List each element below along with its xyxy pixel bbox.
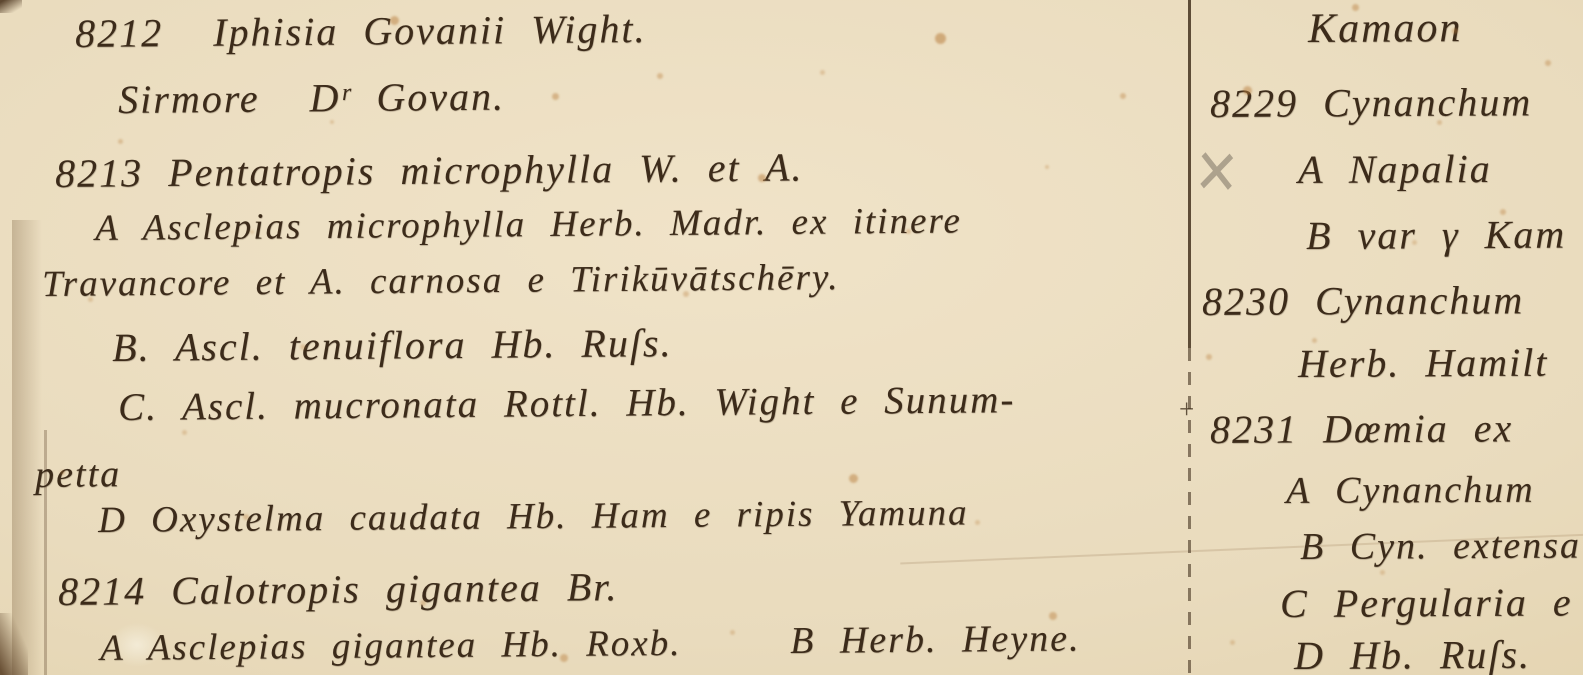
foxing-spot bbox=[1500, 209, 1506, 215]
foxing-spot bbox=[1545, 60, 1551, 66]
manuscript-page: ✕ + 8212 Iphisia Govanii Wight.Sirmore D… bbox=[0, 0, 1583, 675]
foxing-spot bbox=[657, 73, 663, 79]
foxing-spot bbox=[730, 630, 735, 635]
handwritten-line: Kamaon bbox=[1308, 7, 1463, 50]
handwritten-line: Travancore et A. carnosa e Tirikūvātschē… bbox=[42, 259, 840, 303]
foxing-spot bbox=[1120, 93, 1126, 99]
foxing-spot bbox=[420, 600, 426, 606]
foxing-spot bbox=[1206, 354, 1212, 360]
foxing-spot bbox=[60, 470, 65, 475]
handwritten-line: 8230 Cynanchum bbox=[1202, 280, 1524, 322]
foxing-spot bbox=[330, 120, 334, 124]
foxing-spot bbox=[1437, 120, 1442, 125]
foxing-spot bbox=[1380, 570, 1385, 575]
handwritten-line: B Cyn. extensa bbox=[1300, 527, 1581, 566]
foxing-spot bbox=[820, 70, 825, 75]
foxing-spot bbox=[560, 654, 568, 662]
handwritten-line: A Cynanchum bbox=[1286, 471, 1535, 510]
handwritten-line: C Pergularia e bbox=[1280, 582, 1573, 624]
page-left-edge-shading bbox=[12, 220, 42, 675]
handwritten-line: A Napalia bbox=[1298, 149, 1492, 190]
margin-cross-mark: + bbox=[1179, 396, 1194, 423]
handwritten-line: A Asclepias gigantea Hb. Roxb. bbox=[100, 625, 682, 667]
foxing-spot bbox=[1352, 4, 1359, 11]
handwritten-line: B var γ Kam bbox=[1306, 215, 1566, 256]
handwritten-line: D Oxystelma caudata Hb. Ham e ripis Yamu… bbox=[98, 494, 969, 539]
foxing-spot bbox=[975, 520, 980, 525]
handwritten-line: 8229 Cynanchum bbox=[1210, 82, 1532, 124]
handwritten-line: A Asclepias microphylla Herb. Madr. ex i… bbox=[95, 202, 962, 247]
handwritten-line: 8214 Calotropis gigantea Br. bbox=[58, 567, 619, 612]
handwritten-line: 8213 Pentatropis microphylla W. et A. bbox=[55, 147, 804, 194]
column-divider-line bbox=[1188, 0, 1191, 348]
handwritten-line: Sirmore Dʳ Govan. bbox=[118, 77, 505, 120]
foxing-spot bbox=[1312, 338, 1317, 343]
handwritten-line: Herb. Hamilt bbox=[1298, 343, 1549, 384]
foxing-spot bbox=[390, 16, 399, 25]
foxing-spot bbox=[1049, 612, 1057, 620]
foxing-spot bbox=[182, 430, 187, 435]
foxing-spot bbox=[1045, 165, 1049, 169]
foxing-spot bbox=[88, 297, 93, 302]
foxing-spot bbox=[243, 514, 249, 520]
handwritten-line: petta bbox=[35, 455, 121, 494]
foxing-spot bbox=[1452, 28, 1458, 34]
bottom-left-corner-shadow bbox=[0, 613, 28, 675]
pencil-x-mark: ✕ bbox=[1193, 141, 1241, 206]
handwritten-line: B Herb. Heyne. bbox=[790, 619, 1081, 660]
foxing-spot bbox=[849, 474, 858, 483]
foxing-spot bbox=[300, 344, 306, 350]
foxing-spot bbox=[250, 230, 254, 234]
foxing-spot bbox=[906, 229, 911, 234]
top-left-corner-mark bbox=[0, 0, 22, 13]
foxing-spot bbox=[758, 174, 766, 182]
foxing-spot bbox=[1412, 240, 1417, 245]
handwritten-line: 8231 Dœmia ex bbox=[1210, 408, 1513, 450]
handwritten-line: C. Ascl. mucronata Rottl. Hb. Wight e Su… bbox=[118, 380, 1016, 427]
foxing-spot bbox=[552, 93, 559, 100]
handwritten-line: D Hb. Ruſs. bbox=[1294, 635, 1531, 675]
foxing-spot bbox=[683, 291, 689, 297]
foxing-spot bbox=[1230, 640, 1235, 645]
handwritten-line: 8212 Iphisia Govanii Wight. bbox=[75, 9, 647, 54]
foxing-spot bbox=[935, 33, 946, 44]
foxing-spot bbox=[118, 139, 123, 144]
foxing-spot bbox=[1243, 86, 1252, 95]
handwritten-line: B. Ascl. tenuiflora Hb. Ruſs. bbox=[112, 323, 673, 368]
